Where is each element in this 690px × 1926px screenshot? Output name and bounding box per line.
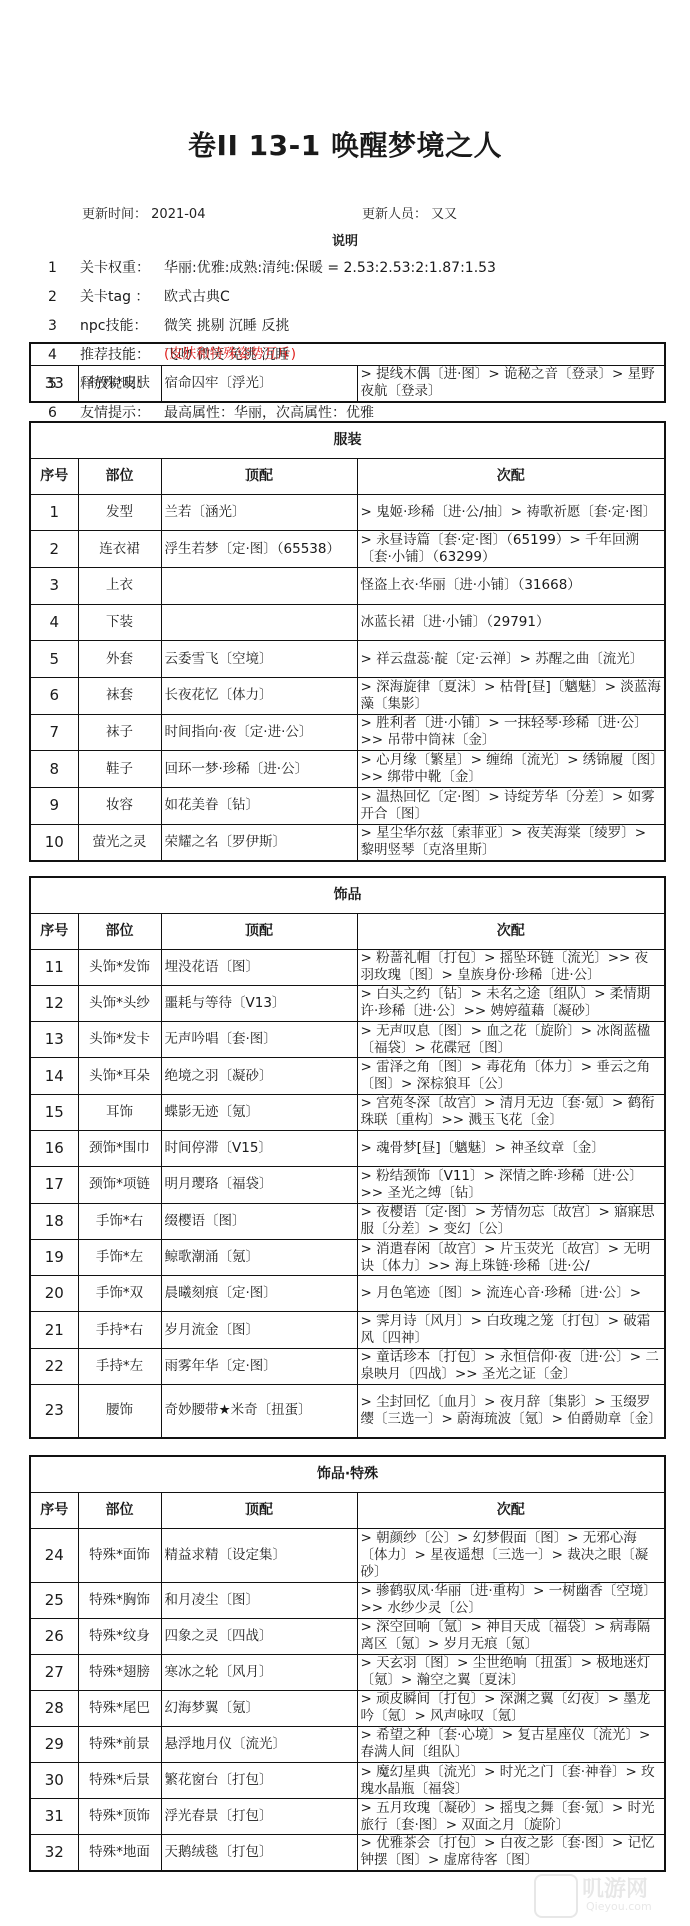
site-watermark: 叽游网 Qieyou.com	[534, 1872, 684, 1922]
cell-number: 5	[30, 641, 78, 678]
cell-alternatives: > 雷泽之角〔图〕> 毒花角〔体力〕> 垂云之角〔图〕> 深棕狼耳〔公〕	[357, 1058, 665, 1094]
cell-number: 13	[30, 1022, 78, 1058]
header-alternatives: 次配	[357, 1492, 665, 1528]
header-alternatives: 次配	[357, 913, 665, 949]
cell-top-pick: 寒冰之轮〔风月〕	[161, 1654, 357, 1690]
table-header-row: 序号部位顶配次配	[30, 458, 665, 494]
cell-slot: 耳饰	[78, 1094, 161, 1130]
table-title: 饰品	[30, 877, 665, 913]
table-title-row: 饰品	[30, 877, 665, 913]
updater-label: 更新人员：	[362, 207, 427, 222]
cell-alternatives: > 粉蔷礼帽〔打包〕> 摇坠环链〔流光〕>> 夜羽玫瑰〔图〕> 皇族身份·珍稀〔…	[357, 949, 665, 985]
cell-alternatives: > 无声叹息〔图〕> 血之花〔旋阶〕> 冰阁蓝楹〔福袋〕> 花碟冠〔图〕	[357, 1022, 665, 1058]
note-item: 3 npc技能：微笑 挑剔 沉睡 反挑	[48, 316, 289, 336]
cell-alternatives: > 魂骨梦[昼]〔魑魅〕> 神圣纹章〔金〕	[357, 1130, 665, 1166]
table-row: 31特殊*顶饰浮光春景〔打包〕> 五月玫瑰〔凝砂〕> 摇曳之舞〔套·氪〕> 时光…	[30, 1799, 665, 1835]
cell-alternatives: > 天玄羽〔图〕> 尘世绝响〔扭蛋〕> 极地迷灯〔氪〕> 瀚空之翼〔夏沫〕	[357, 1654, 665, 1690]
note-label: 友情提示：	[80, 403, 164, 423]
cell-alternatives: > 消遣春闲〔故宫〕> 片玉荧光〔故宫〕> 无明诀〔体力〕>> 海上珠链·珍稀〔…	[357, 1239, 665, 1275]
cell-alternatives: > 月色笔迹〔图〕> 流连心音·珍稀〔进·公〕>	[357, 1276, 665, 1312]
cell-slot: 特殊*纹身	[78, 1618, 161, 1654]
table-row: 12头饰*头纱噩耗与等待〔V13〕> 白头之约〔钻〕> 未名之途〔组队〕> 柔情…	[30, 985, 665, 1021]
cell-alternatives: > 希望之种〔套·心境〕> 复古星座仪〔流光〕> 春满人间〔组队〕	[357, 1726, 665, 1762]
cell-number: 2	[30, 531, 78, 568]
cell-slot: 手饰*右	[78, 1203, 161, 1239]
table-title-row: 饰品·特殊	[30, 1456, 665, 1492]
cell-top-pick: 和月凌尘〔图〕	[161, 1582, 357, 1618]
cell-top-pick: 岁月流金〔图〕	[161, 1312, 357, 1348]
note-value: 欧式古典C	[164, 287, 230, 307]
header-number: 序号	[30, 913, 78, 949]
watermark-logo-icon	[534, 1874, 578, 1918]
cell-alternatives: > 深海旋律〔夏沫〕> 枯骨[昼]〔魑魅〕> 淡蓝海藻〔集影〕	[357, 677, 665, 714]
cell-top-pick: 无声吟唱〔套·图〕	[161, 1022, 357, 1058]
cell-slot: 特殊*翅膀	[78, 1654, 161, 1690]
note-label: 关卡tag ：	[80, 287, 164, 307]
special-accessory-table: 饰品·特殊序号部位顶配次配24特殊*面饰精益求精〔设定集〕> 朝颜纱〔公〕> 幻…	[29, 1455, 666, 1872]
table-row: 23腰饰奇妙腰带★米奇〔扭蛋〕> 尘封回忆〔血月〕> 夜月辞〔集影〕> 玉缀罗缨…	[30, 1385, 665, 1438]
cell-top-pick: 蝶影无迹〔氪〕	[161, 1094, 357, 1130]
cell-top-pick: 精益求精〔设定集〕	[161, 1528, 357, 1582]
watermark-site: Qieyou.com	[586, 1900, 652, 1913]
header-alternatives: 次配	[357, 458, 665, 494]
cell-slot: 发型	[78, 494, 161, 531]
cell-alternatives: > 夜樱语〔定·图〕> 芳情勿忘〔故宫〕> 寤寐思服〔分差〕> 变幻〔公〕	[357, 1203, 665, 1239]
cell-number: 6	[30, 677, 78, 714]
cell-slot: 头饰*头纱	[78, 985, 161, 1021]
cell-slot: 袜套	[78, 677, 161, 714]
note-label: 关卡权重：	[80, 258, 164, 278]
mutex-note-row: (皮肤和特殊姿势互斥)	[30, 343, 665, 365]
cell-number: 29	[30, 1726, 78, 1762]
cell-alternatives: > 心月缘〔繁星〕> 缠绵〔流光〕> 绣锦履〔图〕>> 绑带中靴〔金〕	[357, 751, 665, 788]
note-value: 微笑 挑剔 沉睡 反挑	[164, 316, 289, 336]
table-header-row: 序号部位顶配次配	[30, 913, 665, 949]
header-slot: 部位	[78, 458, 161, 494]
cell-alternatives: > 尘封回忆〔血月〕> 夜月辞〔集影〕> 玉缀罗缨〔三选一〕> 蔚海琉波〔氪〕>…	[357, 1385, 665, 1438]
table-row: 18手饰*右缀樱语〔图〕> 夜樱语〔定·图〕> 芳情勿忘〔故宫〕> 寤寐思服〔分…	[30, 1203, 665, 1239]
cell-top-pick: 时间指向·夜〔定·进·公〕	[161, 714, 357, 751]
table-row: 3上衣怪盗上衣·华丽〔进·小铺〕（31668）	[30, 567, 665, 604]
cell-top-pick: 缀樱语〔图〕	[161, 1203, 357, 1239]
cell-number: 8	[30, 751, 78, 788]
cell-alternatives: > 霁月诗〔风月〕> 白玫瑰之笼〔打包〕> 破霜风〔四神〕	[357, 1312, 665, 1348]
note-number: 1	[48, 258, 80, 278]
cell-slot: 下装	[78, 604, 161, 641]
cell-alternatives: > 粉结颈饰〔V11〕> 深情之眸·珍稀〔进·公〕>> 圣光之缚〔钻〕	[357, 1167, 665, 1203]
table-row: 2连衣裙浮生若梦〔定·图〕（65538）> 永昼诗篇〔套·定·图〕（65199）…	[30, 531, 665, 568]
header-top-pick: 顶配	[161, 913, 357, 949]
note-number: 2	[48, 287, 80, 307]
updater: 更新人员： 又又	[362, 203, 457, 222]
updater-value: 又又	[431, 207, 457, 222]
cell-alternatives: > 童话珍本〔打包〕> 永恒信仰·夜〔进·公〕> 二泉映月〔四战〕>> 圣光之证…	[357, 1348, 665, 1384]
cell-alternatives: 怪盗上衣·华丽〔进·小铺〕（31668）	[357, 567, 665, 604]
cell-number: 33	[30, 365, 78, 402]
cell-top-pick: 浮生若梦〔定·图〕（65538）	[161, 531, 357, 568]
table-row: 21手持*右岁月流金〔图〕> 霁月诗〔风月〕> 白玫瑰之笼〔打包〕> 破霜风〔四…	[30, 1312, 665, 1348]
cell-top-pick: 天鹅绒毯〔打包〕	[161, 1835, 357, 1871]
cell-top-pick: 鲸歌潮涌〔氪〕	[161, 1239, 357, 1275]
notes-heading: 说明	[0, 230, 690, 249]
note-item: 6友情提示：最高属性：华丽，次高属性：优雅	[48, 403, 374, 423]
cell-slot: 颈饰*围巾	[78, 1130, 161, 1166]
table-row: 5外套云委雪飞〔空境〕> 祥云盘蕊·靛〔定·云禅〕> 苏醒之曲〔流光〕	[30, 641, 665, 678]
table-row: 11头饰*发饰埋没花语〔图〕> 粉蔷礼帽〔打包〕> 摇坠环链〔流光〕>> 夜羽玫…	[30, 949, 665, 985]
table-row: 19手饰*左鲸歌潮涌〔氪〕> 消遣春闲〔故宫〕> 片玉荧光〔故宫〕> 无明诀〔体…	[30, 1239, 665, 1275]
cell-alternatives: > 宫苑冬深〔故宫〕> 清月无边〔套·氪〕> 鹤衔珠联〔重构〕>> 溅玉飞花〔金…	[357, 1094, 665, 1130]
table-row: 29特殊*前景悬浮地月仪〔流光〕> 希望之种〔套·心境〕> 复古星座仪〔流光〕>…	[30, 1726, 665, 1762]
cell-slot: 特殊*皮肤	[78, 365, 161, 402]
accessory-table: 饰品序号部位顶配次配11头饰*发饰埋没花语〔图〕> 粉蔷礼帽〔打包〕> 摇坠环链…	[29, 876, 666, 1439]
table-row: 20手饰*双晨曦刻痕〔定·图〕> 月色笔迹〔图〕> 流连心音·珍稀〔进·公〕>	[30, 1276, 665, 1312]
mutex-note-text: (皮肤和特殊姿势互斥)	[34, 346, 296, 362]
cell-slot: 特殊*顶饰	[78, 1799, 161, 1835]
cell-number: 12	[30, 985, 78, 1021]
cell-number: 17	[30, 1167, 78, 1203]
cell-slot: 外套	[78, 641, 161, 678]
cell-number: 10	[30, 824, 78, 861]
cell-slot: 特殊*胸饰	[78, 1582, 161, 1618]
cell-alternatives: > 魔幻星典〔流光〕> 时光之门〔套·神眷〕> 玫瑰水晶瓶〔福袋〕	[357, 1762, 665, 1798]
table-row: 13头饰*发卡无声吟唱〔套·图〕> 无声叹息〔图〕> 血之花〔旋阶〕> 冰阁蓝楹…	[30, 1022, 665, 1058]
cell-slot: 上衣	[78, 567, 161, 604]
table-title-row: 服装	[30, 422, 665, 458]
cell-top-pick: 时间停滞〔V15〕	[161, 1130, 357, 1166]
cell-number: 23	[30, 1385, 78, 1438]
cell-alternatives: > 优雅茶会〔打包〕> 白夜之影〔套·图〕> 记忆钟摆〔图〕> 虚席待客〔图〕	[357, 1835, 665, 1871]
cell-alternatives: > 深空回响〔氪〕> 神目天成〔福袋〕> 病毒隔离区〔氪〕> 岁月无痕〔氪〕	[357, 1618, 665, 1654]
update-time-label: 更新时间：	[82, 207, 147, 222]
cell-slot: 萤光之灵	[78, 824, 161, 861]
mutex-note: (皮肤和特殊姿势互斥)	[30, 343, 665, 365]
table-row: 22手持*左雨雾年华〔定·图〕> 童话珍本〔打包〕> 永恒信仰·夜〔进·公〕> …	[30, 1348, 665, 1384]
cell-top-pick: 长夜花忆〔体力〕	[161, 677, 357, 714]
note-item: 2 关卡tag ：欧式古典C	[48, 287, 230, 307]
cell-slot: 连衣裙	[78, 531, 161, 568]
cell-slot: 手持*左	[78, 1348, 161, 1384]
cell-slot: 手饰*双	[78, 1276, 161, 1312]
cell-number: 31	[30, 1799, 78, 1835]
cell-slot: 腰饰	[78, 1385, 161, 1438]
update-time-value: 2021-04	[151, 207, 205, 222]
cell-top-pick: 繁花窗台〔打包〕	[161, 1762, 357, 1798]
cell-slot: 特殊*前景	[78, 1726, 161, 1762]
cell-slot: 特殊*面饰	[78, 1528, 161, 1582]
cell-number: 3	[30, 567, 78, 604]
cell-number: 15	[30, 1094, 78, 1130]
cell-slot: 头饰*耳朵	[78, 1058, 161, 1094]
cell-alternatives: > 顽皮瞬间〔打包〕> 深渊之翼〔幻夜〕> 墨龙吟〔氪〕> 风声咏叹〔氪〕	[357, 1690, 665, 1726]
cell-top-pick: 雨雾年华〔定·图〕	[161, 1348, 357, 1384]
note-item: 1关卡权重：华丽:优雅:成熟:清纯:保暖 = 2.53:2.53:2:1.87:…	[48, 258, 496, 278]
cell-slot: 颈饰*项链	[78, 1167, 161, 1203]
cell-number: 32	[30, 1835, 78, 1871]
cell-alternatives: > 白头之约〔钻〕> 未名之途〔组队〕> 柔情期许·珍稀〔进·公〕>> 娉婷蕴藉…	[357, 985, 665, 1021]
cell-slot: 特殊*尾巴	[78, 1690, 161, 1726]
cell-number: 30	[30, 1762, 78, 1798]
cell-alternatives: > 提线木偶〔进·图〕> 诡秘之音〔登录〕> 星野夜航〔登录〕	[357, 365, 665, 402]
table-row: 32特殊*地面天鹅绒毯〔打包〕> 优雅茶会〔打包〕> 白夜之影〔套·图〕> 记忆…	[30, 1835, 665, 1871]
cell-top-pick: 云委雪飞〔空境〕	[161, 641, 357, 678]
table-row: 6袜套长夜花忆〔体力〕> 深海旋律〔夏沫〕> 枯骨[昼]〔魑魅〕> 淡蓝海藻〔集…	[30, 677, 665, 714]
cell-top-pick: 宿命囚牢〔浮光〕	[161, 365, 357, 402]
table-row: 7袜子时间指向·夜〔定·进·公〕> 胜利者〔进·小铺〕> 一抹轻琴·珍稀〔进·公…	[30, 714, 665, 751]
cell-alternatives: > 五月玫瑰〔凝砂〕> 摇曳之舞〔套·氪〕> 时光旅行〔套·图〕> 双面之月〔旋…	[357, 1799, 665, 1835]
cell-number: 27	[30, 1654, 78, 1690]
cell-number: 20	[30, 1276, 78, 1312]
table-row: 28特殊*尾巴幻海梦翼〔氪〕> 顽皮瞬间〔打包〕> 深渊之翼〔幻夜〕> 墨龙吟〔…	[30, 1690, 665, 1726]
table-row: 17颈饰*项链明月璎珞〔福袋〕> 粉结颈饰〔V11〕> 深情之眸·珍稀〔进·公〕…	[30, 1167, 665, 1203]
table-row: 24特殊*面饰精益求精〔设定集〕> 朝颜纱〔公〕> 幻梦假面〔图〕> 无邪心海〔…	[30, 1528, 665, 1582]
cell-number: 4	[30, 604, 78, 641]
table-row: 15耳饰蝶影无迹〔氪〕> 宫苑冬深〔故宫〕> 清月无边〔套·氪〕> 鹤衔珠联〔重…	[30, 1094, 665, 1130]
cell-top-pick: 埋没花语〔图〕	[161, 949, 357, 985]
cell-top-pick: 奇妙腰带★米奇〔扭蛋〕	[161, 1385, 357, 1438]
cell-top-pick: 幻海梦翼〔氪〕	[161, 1690, 357, 1726]
table-row: 27特殊*翅膀寒冰之轮〔风月〕> 天玄羽〔图〕> 尘世绝响〔扭蛋〕> 极地迷灯〔…	[30, 1654, 665, 1690]
cell-top-pick: 噩耗与等待〔V13〕	[161, 985, 357, 1021]
header-top-pick: 顶配	[161, 458, 357, 494]
cell-number: 11	[30, 949, 78, 985]
cell-number: 25	[30, 1582, 78, 1618]
cell-top-pick: 晨曦刻痕〔定·图〕	[161, 1276, 357, 1312]
cell-number: 7	[30, 714, 78, 751]
note-value: 华丽:优雅:成熟:清纯:保暖 = 2.53:2.53:2:1.87:1.53	[164, 258, 496, 278]
cell-top-pick: 如花美眷〔钻〕	[161, 788, 357, 825]
cell-alternatives: > 祥云盘蕊·靛〔定·云禅〕> 苏醒之曲〔流光〕	[357, 641, 665, 678]
table-row: 26特殊*纹身四象之灵〔四战〕> 深空回响〔氪〕> 神目天成〔福袋〕> 病毒隔离…	[30, 1618, 665, 1654]
header-number: 序号	[30, 458, 78, 494]
cell-alternatives: > 胜利者〔进·小铺〕> 一抹轻琴·珍稀〔进·公〕>> 吊带中筒袜〔金〕	[357, 714, 665, 751]
skin-table: (皮肤和特殊姿势互斥)33特殊*皮肤宿命囚牢〔浮光〕> 提线木偶〔进·图〕> 诡…	[29, 342, 666, 403]
cell-number: 26	[30, 1618, 78, 1654]
cell-alternatives: > 永昼诗篇〔套·定·图〕（65199）> 千年回溯〔套·小铺〕（63299）	[357, 531, 665, 568]
note-value: 最高属性：华丽，次高属性：优雅	[164, 403, 374, 423]
cell-top-pick: 回环一梦·珍稀〔进·公〕	[161, 751, 357, 788]
cell-number: 24	[30, 1528, 78, 1582]
table-row: 25特殊*胸饰和月凌尘〔图〕> 骖鹤驭凤·华丽〔进·重构〕> 一树幽香〔空境〕>…	[30, 1582, 665, 1618]
cell-alternatives: > 鬼姬·珍稀〔进·公/抽〕> 祷歌祈愿〔套·定·图〕	[357, 494, 665, 531]
table-row: 10萤光之灵荣耀之名〔罗伊斯〕> 星尘华尔兹〔索菲亚〕> 夜芙海棠〔绫罗〕> 黎…	[30, 824, 665, 861]
table-row: 1发型兰若〔涵光〕> 鬼姬·珍稀〔进·公/抽〕> 祷歌祈愿〔套·定·图〕	[30, 494, 665, 531]
table-row: 14头饰*耳朵绝境之羽〔凝砂〕> 雷泽之角〔图〕> 毒花角〔体力〕> 垂云之角〔…	[30, 1058, 665, 1094]
cell-slot: 特殊*后景	[78, 1762, 161, 1798]
cell-alternatives: > 骖鹤驭凤·华丽〔进·重构〕> 一树幽香〔空境〕>> 水纱少灵〔公〕	[357, 1582, 665, 1618]
cell-alternatives: > 温热回忆〔定·图〕> 诗绽芳华〔分差〕> 如雾开合〔图〕	[357, 788, 665, 825]
cell-top-pick: 明月璎珞〔福袋〕	[161, 1167, 357, 1203]
cell-slot: 头饰*发卡	[78, 1022, 161, 1058]
update-time: 更新时间： 2021-04	[82, 203, 205, 222]
cell-number: 19	[30, 1239, 78, 1275]
cell-slot: 特殊*地面	[78, 1835, 161, 1871]
cell-number: 9	[30, 788, 78, 825]
cell-top-pick: 悬浮地月仪〔流光〕	[161, 1726, 357, 1762]
cell-slot: 头饰*发饰	[78, 949, 161, 985]
cell-top-pick: 绝境之羽〔凝砂〕	[161, 1058, 357, 1094]
cell-top-pick: 浮光春景〔打包〕	[161, 1799, 357, 1835]
clothing-table: 服装序号部位顶配次配1发型兰若〔涵光〕> 鬼姬·珍稀〔进·公/抽〕> 祷歌祈愿〔…	[29, 421, 666, 862]
header-slot: 部位	[78, 1492, 161, 1528]
cell-top-pick: 四象之灵〔四战〕	[161, 1618, 357, 1654]
cell-alternatives: > 朝颜纱〔公〕> 幻梦假面〔图〕> 无邪心海〔体力〕> 星夜遥想〔三选一〕> …	[357, 1528, 665, 1582]
note-number: 3	[48, 316, 80, 336]
cell-number: 1	[30, 494, 78, 531]
table-title: 服装	[30, 422, 665, 458]
cell-top-pick: 兰若〔涵光〕	[161, 494, 357, 531]
table-row: 16颈饰*围巾时间停滞〔V15〕> 魂骨梦[昼]〔魑魅〕> 神圣纹章〔金〕	[30, 1130, 665, 1166]
cell-number: 16	[30, 1130, 78, 1166]
table-row: 9妆容如花美眷〔钻〕> 温热回忆〔定·图〕> 诗绽芳华〔分差〕> 如雾开合〔图〕	[30, 788, 665, 825]
table-row: 8鞋子回环一梦·珍稀〔进·公〕> 心月缘〔繁星〕> 缠绵〔流光〕> 绣锦履〔图〕…	[30, 751, 665, 788]
header-number: 序号	[30, 1492, 78, 1528]
table-row: 4下装冰蓝长裙〔进·小铺〕（29791）	[30, 604, 665, 641]
cell-number: 28	[30, 1690, 78, 1726]
table-row: 30特殊*后景繁花窗台〔打包〕> 魔幻星典〔流光〕> 时光之门〔套·神眷〕> 玫…	[30, 1762, 665, 1798]
note-label: npc技能：	[80, 316, 164, 336]
cell-slot: 手持*右	[78, 1312, 161, 1348]
table-title: 饰品·特殊	[30, 1456, 665, 1492]
note-number: 6	[48, 403, 80, 423]
cell-slot: 鞋子	[78, 751, 161, 788]
cell-top-pick	[161, 604, 357, 641]
watermark-brand: 叽游网	[582, 1872, 648, 1903]
cell-alternatives: 冰蓝长裙〔进·小铺〕（29791）	[357, 604, 665, 641]
table-row: 33特殊*皮肤宿命囚牢〔浮光〕> 提线木偶〔进·图〕> 诡秘之音〔登录〕> 星野…	[30, 365, 665, 402]
cell-slot: 袜子	[78, 714, 161, 751]
cell-slot: 妆容	[78, 788, 161, 825]
cell-slot: 手饰*左	[78, 1239, 161, 1275]
cell-top-pick: 荣耀之名〔罗伊斯〕	[161, 824, 357, 861]
cell-number: 18	[30, 1203, 78, 1239]
cell-number: 22	[30, 1348, 78, 1384]
cell-alternatives: > 星尘华尔兹〔索菲亚〕> 夜芙海棠〔绫罗〕> 黎明竖琴〔克洛里斯〕	[357, 824, 665, 861]
table-header-row: 序号部位顶配次配	[30, 1492, 665, 1528]
page-title: 卷II 13-1 唤醒梦境之人	[0, 124, 690, 164]
cell-number: 21	[30, 1312, 78, 1348]
cell-top-pick	[161, 567, 357, 604]
header-top-pick: 顶配	[161, 1492, 357, 1528]
cell-number: 14	[30, 1058, 78, 1094]
header-slot: 部位	[78, 913, 161, 949]
